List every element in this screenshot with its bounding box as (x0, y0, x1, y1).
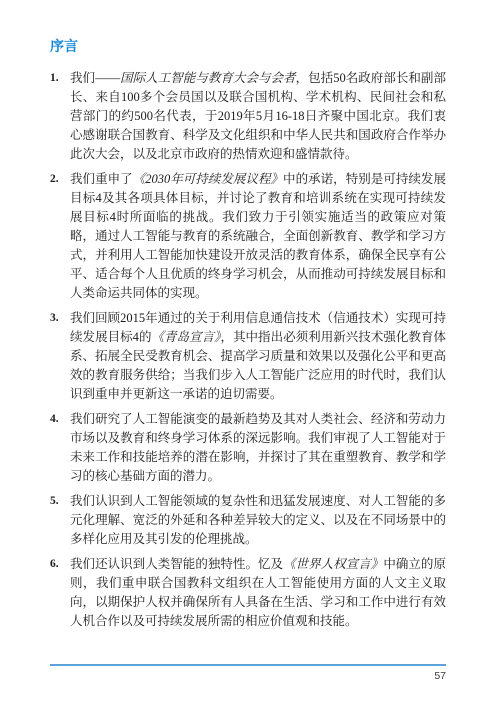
text-segment: 我们还认识到人类智能的独特性。忆及 (70, 557, 283, 571)
item-number: 2. (50, 170, 70, 303)
page-number: 57 (50, 670, 446, 682)
citation-text: 《青岛宣言》 (151, 330, 220, 344)
footer-rule (50, 664, 446, 666)
page-footer: 57 (50, 664, 446, 682)
text-segment: 我们研究了人工智能演变的最新趋势及其对人类社会、经济和劳动力市场以及教育和终身学… (70, 412, 446, 483)
citation-text: 《世界人权宣言》 (283, 557, 383, 571)
list-item: 3. 我们回顾2015年通过的关于利用信息通信技术（信通技术）实现可持续发展目标… (50, 309, 446, 404)
paragraph-text: 我们研究了人工智能演变的最新趋势及其对人类社会、经济和劳动力市场以及教育和终身学… (70, 410, 446, 486)
text-segment: 我们重申了 (70, 172, 133, 186)
page-title: 序言 (50, 36, 446, 56)
list-item: 6. 我们还认识到人类智能的独特性。忆及《世界人权宣言》中确立的原则，我们重申联… (50, 555, 446, 631)
document-page: 序言 1. 我们——国际人工智能与教育大会与会者，包括50名政府部长和副部长、来… (0, 0, 504, 704)
item-number: 6. (50, 555, 70, 631)
item-number: 3. (50, 309, 70, 404)
text-segment: 我们—— (70, 71, 120, 85)
paragraph-text: 我们认识到人工智能领域的复杂性和迅猛发展速度、对人工智能的多元化理解、宽泛的外延… (70, 492, 446, 549)
item-number: 5. (50, 492, 70, 549)
paragraph-text: 我们重申了《2030年可持续发展议程》中的承诺，特别是可持续发展目标4及其各项具… (70, 170, 446, 303)
text-segment: 我们认识到人工智能领域的复杂性和迅猛发展速度、对人工智能的多元化理解、宽泛的外延… (70, 494, 446, 546)
paragraph-text: 我们——国际人工智能与教育大会与会者，包括50名政府部长和副部长、来自100多个… (70, 69, 446, 164)
list-item: 4. 我们研究了人工智能演变的最新趋势及其对人类社会、经济和劳动力市场以及教育和… (50, 410, 446, 486)
citation-text: 国际人工智能与教育大会与会者 (120, 71, 296, 85)
document-body: 序言 1. 我们——国际人工智能与教育大会与会者，包括50名政府部长和副部长、来… (50, 36, 446, 637)
citation-text: 《2030年可持续发展议程》 (133, 172, 283, 186)
list-item: 5. 我们认识到人工智能领域的复杂性和迅猛发展速度、对人工智能的多元化理解、宽泛… (50, 492, 446, 549)
paragraph-text: 我们回顾2015年通过的关于利用信息通信技术（信通技术）实现可持续发展目标4的《… (70, 309, 446, 404)
list-item: 2. 我们重申了《2030年可持续发展议程》中的承诺，特别是可持续发展目标4及其… (50, 170, 446, 303)
list-item: 1. 我们——国际人工智能与教育大会与会者，包括50名政府部长和副部长、来自10… (50, 69, 446, 164)
text-segment: 中的承诺，特别是可持续发展目标4及其各项具体目标，并讨论了教育和培训系统在实现可… (70, 172, 446, 300)
paragraph-text: 我们还认识到人类智能的独特性。忆及《世界人权宣言》中确立的原则，我们重申联合国教… (70, 555, 446, 631)
item-number: 1. (50, 69, 70, 164)
item-number: 4. (50, 410, 70, 486)
